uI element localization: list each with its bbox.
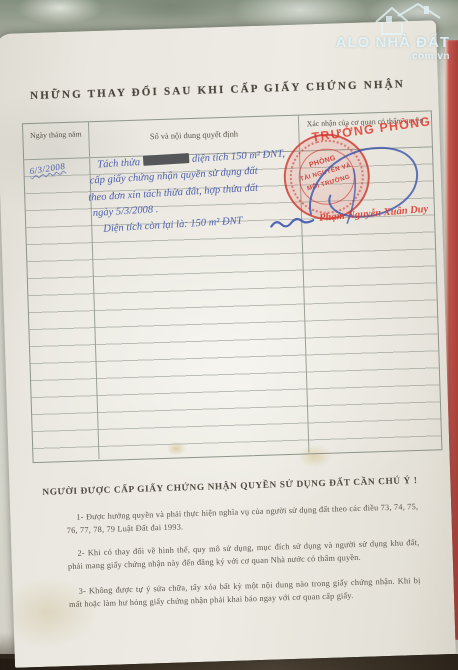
header-col-date-label: Ngày tháng năm: [23, 129, 88, 141]
notice-item-1: 1- Được hưởng quyền và phải thực hiện ng…: [66, 500, 419, 538]
watermark: ALO NHÀ ĐẤT .com.vn: [312, 6, 452, 68]
notice-item-2: 2- Khi có thay đổi về hình thể, quy mô s…: [67, 536, 420, 574]
signature: [295, 137, 432, 244]
certificate-page: NHỮNG THAY ĐỔI SAU KHI CẤP GIẤY CHỨNG NH…: [0, 20, 456, 668]
watermark-domain: .com.vn: [409, 51, 450, 62]
redaction-box: [143, 153, 190, 166]
header-col-decision-label: Số và nội dung quyết định: [89, 128, 298, 145]
watermark-brand: ALO NHÀ ĐẤT: [336, 34, 450, 51]
notice-title: NGƯỜI ĐƯỢC CẤP GIẤY CHỨNG NHẬN QUYỀN SỬ …: [9, 475, 450, 499]
page-title: NHỮNG THAY ĐỔI SAU KHI CẤP GIẤY CHỨNG NH…: [0, 77, 438, 103]
notice-item-3: 3- Không được tự ý sửa chữa, tẩy xóa bất…: [68, 574, 421, 612]
document-photo: ALO NHÀ ĐẤT .com.vn NHỮNG THAY ĐỔI SAU K…: [0, 0, 458, 670]
header-col-date: Ngày tháng năm: [23, 122, 90, 159]
